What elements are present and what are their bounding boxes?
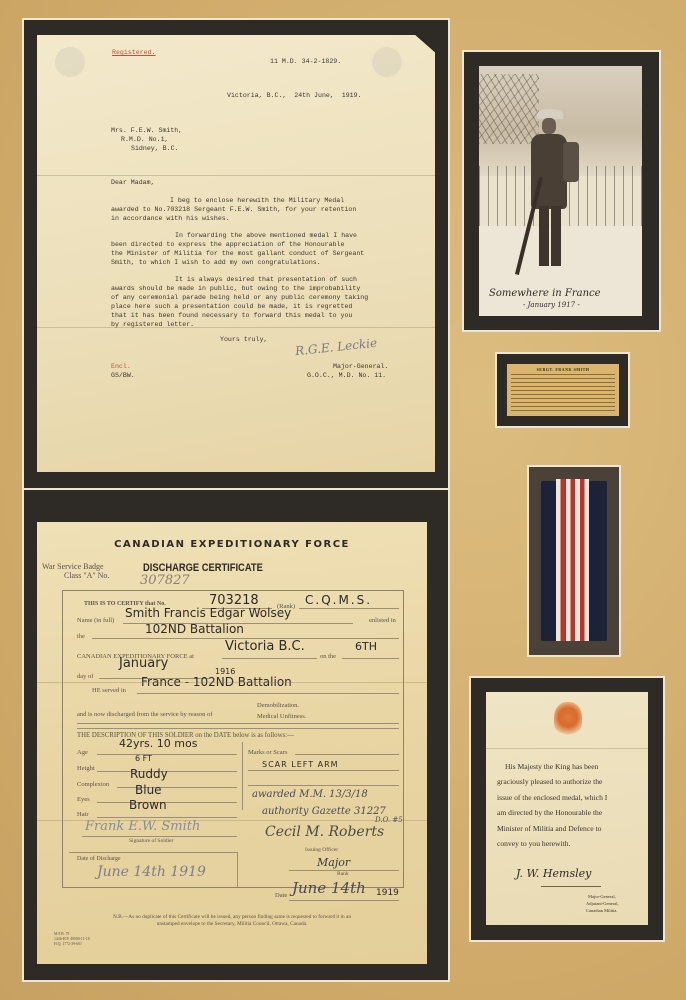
paragraph-3-line-1: It is always desired that presentation o…	[175, 275, 357, 284]
soldier-signature: Frank E.W. Smith	[85, 819, 200, 834]
served-line	[137, 693, 399, 694]
footnote-line-1: N.B.—As no duplicate of this Certificate…	[37, 914, 427, 920]
soldier-pack	[563, 142, 579, 182]
soldier-legs	[539, 206, 561, 266]
field-height-value: 6 FT	[135, 754, 152, 763]
marks-line-1	[295, 754, 399, 755]
field-age-value: 42yrs. 10 mos	[119, 737, 197, 750]
certificate-fold-2	[37, 820, 427, 821]
discharged-label: and is now discharged from the service b…	[77, 711, 212, 718]
on-the-label: on the	[320, 653, 336, 660]
salutation: Dear Madam,	[111, 178, 155, 187]
closing: Yours truly,	[220, 335, 267, 344]
rank-value: C.Q.M.S.	[305, 593, 372, 607]
description-divider	[242, 742, 243, 810]
served-label: HE served in	[92, 687, 126, 694]
soldier-name: Smith Francis Edgar Wolsey	[125, 606, 291, 620]
day-of-label: day of	[77, 673, 93, 680]
certificate-header: CANADIAN EXPEDITIONARY FORCE	[37, 539, 427, 550]
form-code-3: H.Q. 1772-39-601	[54, 942, 82, 946]
date-label: Date	[275, 892, 287, 899]
clipping-heading: SERGT. FRANK SMITH	[507, 367, 619, 372]
officer-label: Issuing Officer	[305, 847, 338, 853]
address-line-3: Sidney, B.C.	[131, 144, 178, 153]
king-letter-title-1: Major-General,	[588, 894, 616, 899]
king-letter-signature: J. W. Hemsley	[516, 867, 591, 880]
paragraph-2-line-2: been directed to express the appreciatio…	[111, 240, 344, 249]
field-age-label: Age	[77, 749, 88, 756]
discharge-certificate: CANADIAN EXPEDITIONARY FORCE War Service…	[37, 522, 427, 964]
eyes-line	[97, 802, 237, 803]
typist-initials: GS/BW.	[111, 371, 135, 380]
king-letter-fold	[486, 748, 648, 749]
paragraph-2-line-3: the Minister of Militia for the most gal…	[111, 249, 364, 258]
reference-number: 11 M.D. 34-2-1829.	[270, 57, 341, 66]
reason-line	[77, 723, 399, 724]
king-letter-line-4: am directed by the Honourable the	[497, 808, 602, 817]
letter-document: Registered. 11 M.D. 34-2-1829. Victoria,…	[37, 35, 435, 472]
letter-watermark-left	[55, 47, 85, 77]
king-letter-line-5: Minister of Militia and Defence to	[497, 824, 601, 833]
photo-caption-2: - January 1917 -	[523, 301, 580, 309]
footnote-line-2: unstamped envelope to the Secretary, Mil…	[37, 921, 427, 927]
king-letter-line-6: convey to you herewith.	[497, 839, 570, 848]
paragraph-1-line-3: in accordance with his wishes.	[111, 214, 230, 223]
address-line-2: R.M.D. No.1,	[121, 135, 168, 144]
name-label: Name (in full)	[77, 617, 114, 624]
paragraph-3-line-3: of any ceremonial parade being held or a…	[111, 293, 368, 302]
hair-line	[97, 817, 237, 818]
photo-tree-branches	[479, 74, 539, 144]
king-letter-title-3: Canadian Militia.	[586, 908, 618, 913]
letter-fold-2	[37, 327, 435, 328]
award-note-2: authority Gazette 31227	[262, 806, 386, 817]
paragraph-2-line-1: In forwarding the above mentioned medal …	[175, 231, 357, 240]
date-line	[289, 900, 399, 901]
reason-demobilization: Demobilization.	[257, 702, 299, 709]
date-value: June 14th	[292, 879, 366, 897]
form-code-1: M.F.B. 79	[54, 932, 69, 936]
paragraph-1-line-1: I beg to enclose herewith the Military M…	[170, 196, 344, 205]
rank-caption: Rank	[337, 871, 349, 877]
badge-label-2: Class "A" No.	[64, 571, 109, 580]
king-letter-title-2: Adjutant-General,	[586, 901, 619, 906]
enlisted-label: enlisted in	[369, 617, 396, 624]
unit-value: 102ND Battalion	[145, 622, 244, 636]
soldier-photo: Somewhere in France - January 1917 -	[479, 66, 642, 316]
place-date: Victoria, B.C., 24th June, 1919.	[227, 91, 362, 100]
king-letter-sig-underline	[541, 886, 601, 887]
field-hair-value: Brown	[129, 798, 167, 812]
soldier-sig-line	[82, 836, 237, 837]
reason-medical: Medical Unfitness.	[257, 713, 306, 720]
marks-value: SCAR LEFT ARM	[262, 760, 339, 769]
king-letter-line-1: His Majesty the King has been	[505, 762, 598, 771]
rank-line	[299, 608, 399, 609]
paragraph-1-line-2: awarded to No.703218 Sergeant F.E.W. Smi…	[111, 205, 356, 214]
clipping-body-text	[511, 374, 615, 412]
marks-line-3	[248, 785, 399, 786]
enlist-day: 6TH	[355, 640, 377, 653]
field-complexion-label: Complexion	[77, 781, 109, 788]
field-complexion-value: Ruddy	[130, 767, 168, 781]
military-medal-ribbon	[556, 479, 589, 641]
royal-coat-of-arms-icon	[554, 702, 582, 736]
soldier-head	[542, 118, 556, 134]
field-eyes-label: Eyes	[77, 796, 90, 803]
newspaper-clipping: SERGT. FRANK SMITH	[507, 364, 619, 416]
marks-line-2	[248, 770, 399, 771]
signer-title-2: G.O.C., M.D. No. 11.	[307, 371, 386, 380]
paragraph-3-line-2: awards should be made in public, but owi…	[111, 284, 360, 293]
form-code-2: 1446-H.P. 40000-11-18	[54, 937, 90, 941]
enclosure-note: Encl.	[111, 362, 131, 371]
registered-stamp: Registered.	[112, 48, 156, 57]
enlist-month: January	[119, 656, 168, 671]
soldier-sig-label: Signature of Soldier	[129, 838, 173, 844]
award-note-1: awarded M.M. 13/3/18	[252, 789, 368, 800]
officer-signature: Cecil M. Roberts	[265, 824, 384, 840]
the-label: the	[77, 633, 85, 640]
field-height-label: Height	[77, 765, 95, 772]
badge-label-1: War Service Badge	[42, 562, 104, 571]
address-line-1: Mrs. F.E.W. Smith,	[111, 126, 182, 135]
king-letter-line-2: graciously pleased to authorize the	[497, 777, 602, 786]
certificate-fold	[37, 682, 427, 683]
letter-watermark-right	[372, 47, 402, 77]
field-hair-label: Hair	[77, 811, 89, 818]
field-eyes-value: Blue	[135, 783, 162, 797]
king-letter-line-3: issue of the enclosed medal, which I	[497, 793, 607, 802]
day-line	[342, 658, 399, 659]
enlist-place: Victoria B.C.	[225, 639, 305, 654]
place-line	[222, 658, 317, 659]
king-letter: His Majesty the King has been graciously…	[486, 692, 648, 925]
paragraph-3-line-5: that it has been found necessary to forw…	[111, 311, 352, 320]
letter-fold-1	[37, 175, 435, 176]
paragraph-2-line-4: Smith, to which I wish to add my own con…	[111, 258, 321, 267]
age-line	[97, 754, 237, 755]
officer-rank: Major	[317, 856, 350, 869]
discharge-date-label: Date of Discharge	[77, 856, 121, 862]
marks-label: Marks or Scars	[248, 749, 287, 756]
date-year: 1919	[376, 888, 399, 898]
signer-title-1: Major-General.	[333, 362, 388, 371]
photo-caption-1: Somewhere in France	[489, 288, 601, 299]
discharge-date-value: June 14th 1919	[97, 864, 206, 880]
paragraph-3-line-4: place here such a presentation could be …	[111, 302, 352, 311]
letter-signature: R.G.E. Leckie	[294, 336, 377, 359]
badge-number: 307827	[140, 573, 190, 588]
section-divider	[77, 728, 399, 729]
